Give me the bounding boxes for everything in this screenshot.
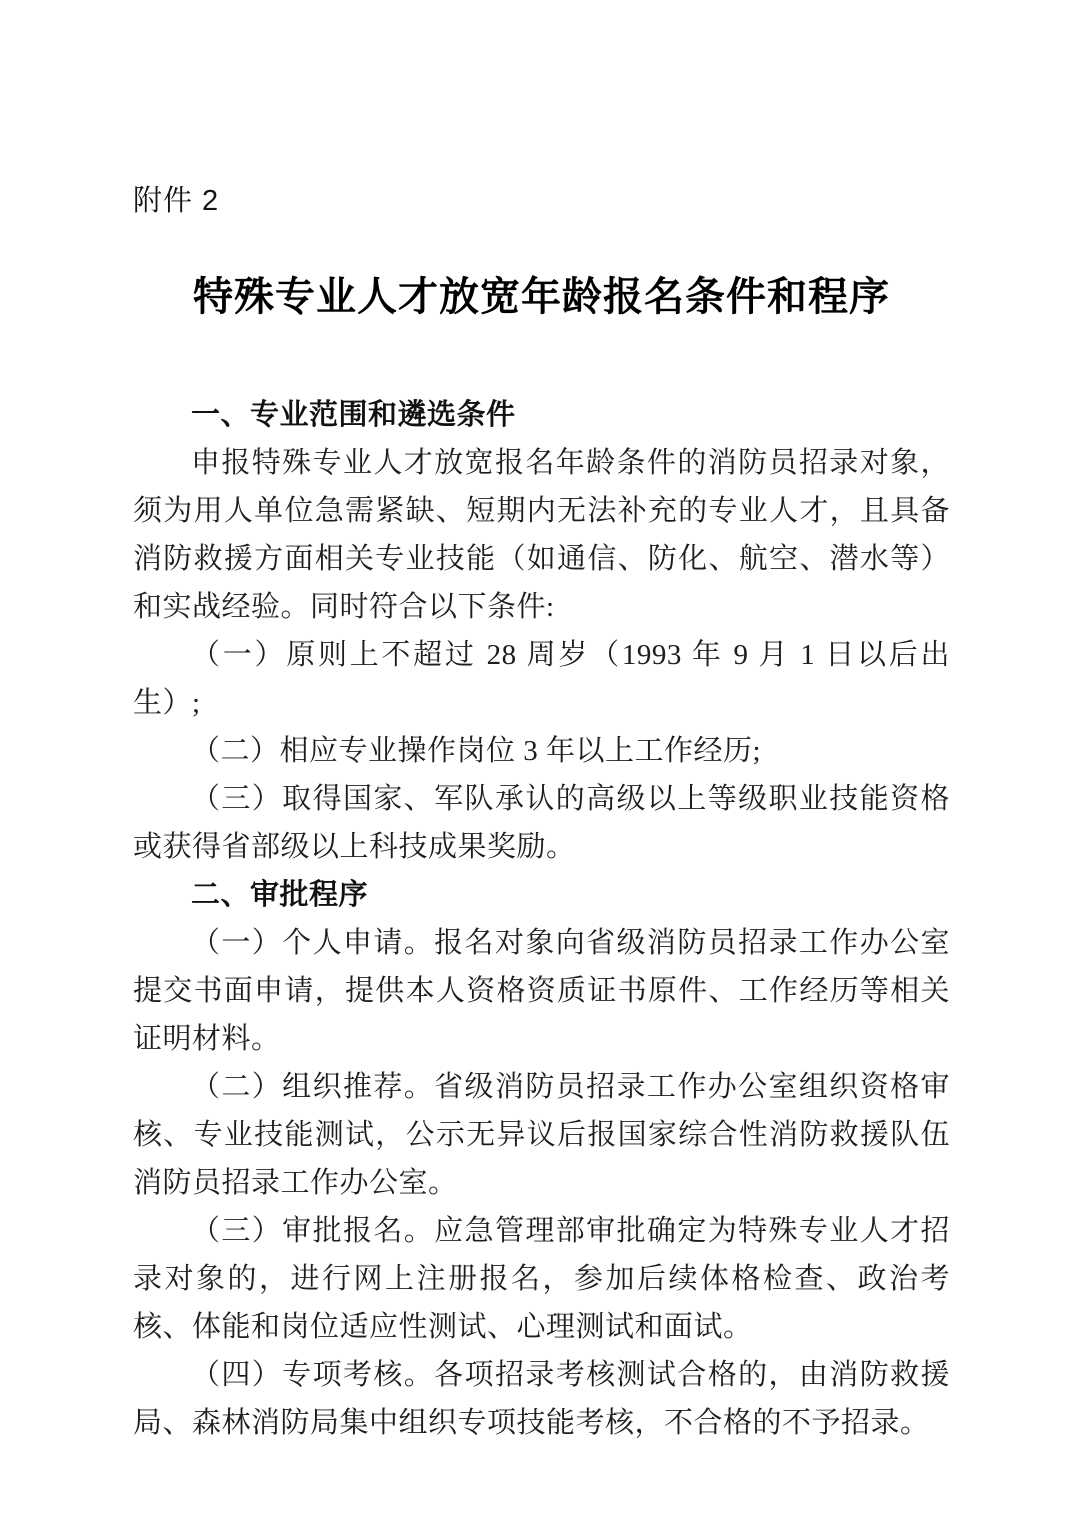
paragraph: （二）组织推荐。省级消防员招录工作办公室组织资格审核、专业技能测试，公示无异议后…: [133, 1063, 950, 1207]
attachment-label: 附件 2: [133, 183, 950, 219]
section-selection-conditions: 一、专业范围和遴选条件 申报特殊专业人才放宽报名年龄条件的消防员招录对象，须为用…: [133, 391, 950, 871]
document-body: 一、专业范围和遴选条件 申报特殊专业人才放宽报名年龄条件的消防员招录对象，须为用…: [133, 391, 950, 1447]
paragraph: （四）专项考核。各项招录考核测试合格的，由消防救援局、森林消防局集中组织专项技能…: [133, 1351, 950, 1447]
paragraph: （一）原则上不超过 28 周岁（1993 年 9 月 1 日以后出生）;: [133, 631, 950, 727]
document-title: 特殊专业人才放宽年龄报名条件和程序: [133, 271, 950, 323]
document-page: 附件 2 特殊专业人才放宽年龄报名条件和程序 一、专业范围和遴选条件 申报特殊专…: [0, 0, 1080, 1527]
paragraph: （三）取得国家、军队承认的高级以上等级职业技能资格或获得省部级以上科技成果奖励。: [133, 775, 950, 871]
paragraph: 申报特殊专业人才放宽报名年龄条件的消防员招录对象，须为用人单位急需紧缺、短期内无…: [133, 439, 950, 631]
section-heading-1: 一、专业范围和遴选条件: [133, 391, 950, 439]
section-heading-2: 二、审批程序: [133, 871, 950, 919]
paragraph: （一）个人申请。报名对象向省级消防员招录工作办公室提交书面申请，提供本人资格资质…: [133, 919, 950, 1063]
paragraph: （三）审批报名。应急管理部审批确定为特殊专业人才招录对象的，进行网上注册报名，参…: [133, 1207, 950, 1351]
paragraph: （二）相应专业操作岗位 3 年以上工作经历;: [133, 727, 950, 775]
section-approval-procedure: 二、审批程序 （一）个人申请。报名对象向省级消防员招录工作办公室提交书面申请，提…: [133, 871, 950, 1447]
